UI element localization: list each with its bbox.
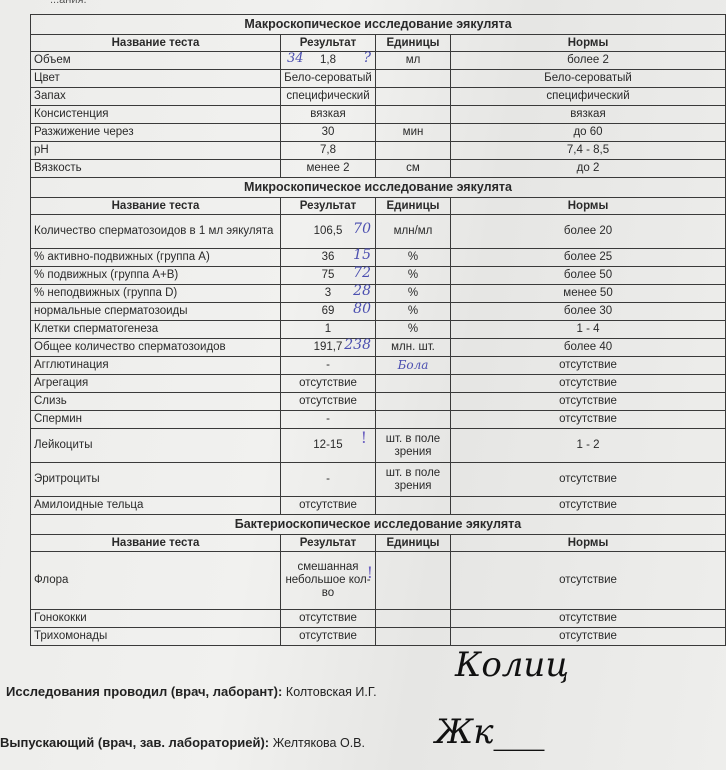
table-row: Агрегация отсутствие отсутствие (31, 375, 726, 393)
test-result: 34 1,8 ? (281, 52, 376, 70)
test-name: Вязкость (31, 160, 281, 178)
table-row: Консистенция вязкая вязкая (31, 106, 726, 124)
table-row: Цвет Бело-сероватый Бело-сероватый (31, 70, 726, 88)
handwritten-note: 28 (353, 285, 371, 298)
test-norm: более 50 (451, 267, 726, 285)
test-norm: более 20 (451, 215, 726, 249)
test-units: мл (376, 52, 451, 70)
table-row: Эритроциты - шт. в поле зрения отсутстви… (31, 463, 726, 497)
test-result: 75 72 (281, 267, 376, 285)
table-row: Амилоидные тельца отсутствие отсутствие (31, 497, 726, 515)
macroscopic-table: Макроскопическое исследование эякулята Н… (30, 14, 726, 646)
test-units: шт. в поле зрения (376, 429, 451, 463)
table-row: % подвижных (группа А+В) 75 72 % более 5… (31, 267, 726, 285)
issued-by-line: Выпускающий (врач, зав. лабораторией): Ж… (0, 735, 365, 750)
test-norm: до 60 (451, 124, 726, 142)
table-row: % активно-подвижных (группа А) 36 15 % б… (31, 249, 726, 267)
header-norms: Нормы (451, 35, 726, 52)
handwritten-note: 80 (353, 303, 371, 316)
table-row: Агглютинация - Бола отсутствие (31, 357, 726, 375)
header-units: Единицы (376, 535, 451, 552)
table-row: Общее количество сперматозоидов 191,7 23… (31, 339, 726, 357)
test-units (376, 70, 451, 88)
test-name: Консистенция (31, 106, 281, 124)
table-row: Лейкоциты 12-15 ! шт. в поле зрения 1 - … (31, 429, 726, 463)
test-norm: отсутствие (451, 393, 726, 411)
test-name: Цвет (31, 70, 281, 88)
header-result: Результат (281, 198, 376, 215)
test-name: % неподвижных (группа D) (31, 285, 281, 303)
test-result: вязкая (281, 106, 376, 124)
test-name: Лейкоциты (31, 429, 281, 463)
test-norm: более 40 (451, 339, 726, 357)
test-result: - (281, 463, 376, 497)
table-row: Спермин - отсутствие (31, 411, 726, 429)
header-units: Единицы (376, 35, 451, 52)
table-row: Запах специфический специфический (31, 88, 726, 106)
test-norm: более 25 (451, 249, 726, 267)
header-result: Результат (281, 535, 376, 552)
performed-by-label: Исследования проводил (врач, лаборант): (6, 684, 282, 699)
test-result: 1 (281, 321, 376, 339)
handwritten-note: Бола (398, 358, 429, 372)
test-name: Агрегация (31, 375, 281, 393)
test-name: Слизь (31, 393, 281, 411)
test-units (376, 375, 451, 393)
header-result: Результат (281, 35, 376, 52)
test-name: нормальные сперматозоиды (31, 303, 281, 321)
handwritten-note: 72 (353, 267, 371, 280)
test-norm: более 2 (451, 52, 726, 70)
test-units: % (376, 249, 451, 267)
test-units: млн/мл (376, 215, 451, 249)
test-name: Общее количество сперматозоидов (31, 339, 281, 357)
test-units: % (376, 321, 451, 339)
test-units: мин (376, 124, 451, 142)
test-units (376, 552, 451, 610)
performed-by-line: Исследования проводил (врач, лаборант): … (6, 684, 377, 699)
test-norm: отсутствие (451, 552, 726, 610)
test-result: отсутствие (281, 375, 376, 393)
test-norm: менее 50 (451, 285, 726, 303)
test-name: % активно-подвижных (группа А) (31, 249, 281, 267)
table-row: pH 7,8 7,4 - 8,5 (31, 142, 726, 160)
lab-report-page: ...ания. Макроскопическое исследование э… (0, 0, 726, 770)
test-result: 3 28 (281, 285, 376, 303)
test-result: 191,7 238 (281, 339, 376, 357)
test-name: Флора (31, 552, 281, 610)
test-name: Гонококки (31, 610, 281, 628)
test-norm: отсутствие (451, 610, 726, 628)
test-units (376, 393, 451, 411)
issued-by-label: Выпускающий (врач, зав. лабораторией): (0, 735, 269, 750)
test-norm: отсутствие (451, 411, 726, 429)
handwritten-note: 34 (287, 52, 304, 65)
test-result: отсутствие (281, 393, 376, 411)
table-row: Вязкость менее 2 см до 2 (31, 160, 726, 178)
table-row: Флора смешанная небольшое кол-во ! отсут… (31, 552, 726, 610)
header-norms: Нормы (451, 198, 726, 215)
test-units: Бола (376, 357, 451, 375)
test-result: 7,8 (281, 142, 376, 160)
test-norm: специфический (451, 88, 726, 106)
header-norms: Нормы (451, 535, 726, 552)
test-norm: вязкая (451, 106, 726, 124)
table-row: Разжижение через 30 мин до 60 (31, 124, 726, 142)
cut-off-text: ...ания. (50, 0, 87, 6)
test-result: специфический (281, 88, 376, 106)
test-result: 106,5 70 (281, 215, 376, 249)
signature-issuer: Жк___ (435, 712, 545, 752)
test-units: шт. в поле зрения (376, 463, 451, 497)
test-norm: до 2 (451, 160, 726, 178)
test-units: см (376, 160, 451, 178)
test-units (376, 106, 451, 124)
test-result: 69 80 (281, 303, 376, 321)
test-name: Амилоидные тельца (31, 497, 281, 515)
test-norm: отсутствие (451, 463, 726, 497)
test-units (376, 610, 451, 628)
header-name: Название теста (31, 535, 281, 552)
handwritten-exclamation: ! (361, 431, 367, 444)
test-name: Агглютинация (31, 357, 281, 375)
table-row: Количество сперматозоидов в 1 мл эякулят… (31, 215, 726, 249)
test-result: - (281, 357, 376, 375)
test-norm: 1 - 4 (451, 321, 726, 339)
test-units: млн. шт. (376, 339, 451, 357)
test-units (376, 628, 451, 646)
test-name: Спермин (31, 411, 281, 429)
test-result: отсутствие (281, 610, 376, 628)
test-result: 12-15 ! (281, 429, 376, 463)
test-name: Объем (31, 52, 281, 70)
test-result: менее 2 (281, 160, 376, 178)
test-units (376, 497, 451, 515)
test-name: Трихомонады (31, 628, 281, 646)
test-units (376, 142, 451, 160)
test-norm: отсутствие (451, 497, 726, 515)
performed-by-name: Колтовская И.Г. (286, 685, 377, 699)
issued-by-name: Желтякова О.В. (273, 736, 365, 750)
header-units: Единицы (376, 198, 451, 215)
test-result: - (281, 411, 376, 429)
handwritten-note: ? (363, 52, 371, 65)
test-norm: более 30 (451, 303, 726, 321)
test-result: 30 (281, 124, 376, 142)
table-row: Объем 34 1,8 ? мл более 2 (31, 52, 726, 70)
handwritten-note: 15 (353, 249, 371, 262)
table-row: Гонококки отсутствие отсутствие (31, 610, 726, 628)
test-units (376, 411, 451, 429)
test-norm: Бело-сероватый (451, 70, 726, 88)
test-units: % (376, 267, 451, 285)
test-name: Эритроциты (31, 463, 281, 497)
table-row: Слизь отсутствие отсутствие (31, 393, 726, 411)
table-row: Трихомонады отсутствие отсутствие (31, 628, 726, 646)
test-units (376, 88, 451, 106)
handwritten-note: 238 (344, 339, 371, 352)
section-title-bacterioscopic: Бактериоскопическое исследование эякулят… (31, 515, 726, 535)
test-norm: отсутствие (451, 357, 726, 375)
signature-performer: Колиц (455, 645, 569, 685)
test-name: Клетки сперматогенеза (31, 321, 281, 339)
test-units: % (376, 303, 451, 321)
table-row: Клетки сперматогенеза 1 % 1 - 4 (31, 321, 726, 339)
test-units: % (376, 285, 451, 303)
section-title-macroscopic: Макроскопическое исследование эякулята (31, 15, 726, 35)
test-result: 36 15 (281, 249, 376, 267)
test-result: отсутствие (281, 497, 376, 515)
test-norm: отсутствие (451, 375, 726, 393)
test-name: Количество сперматозоидов в 1 мл эякулят… (31, 215, 281, 249)
table-row: нормальные сперматозоиды 69 80 % более 3… (31, 303, 726, 321)
test-norm: отсутствие (451, 628, 726, 646)
test-norm: 7,4 - 8,5 (451, 142, 726, 160)
handwritten-exclamation: ! (367, 566, 373, 579)
header-name: Название теста (31, 35, 281, 52)
test-name: % подвижных (группа А+В) (31, 267, 281, 285)
header-name: Название теста (31, 198, 281, 215)
test-norm: 1 - 2 (451, 429, 726, 463)
test-result: смешанная небольшое кол-во ! (281, 552, 376, 610)
table-row: % неподвижных (группа D) 3 28 % менее 50 (31, 285, 726, 303)
test-name: Разжижение через (31, 124, 281, 142)
test-name: pH (31, 142, 281, 160)
handwritten-note: 70 (353, 223, 371, 236)
section-title-microscopic: Микроскопическое исследование эякулята (31, 178, 726, 198)
test-name: Запах (31, 88, 281, 106)
test-result: Бело-сероватый (281, 70, 376, 88)
test-result: отсутствие (281, 628, 376, 646)
